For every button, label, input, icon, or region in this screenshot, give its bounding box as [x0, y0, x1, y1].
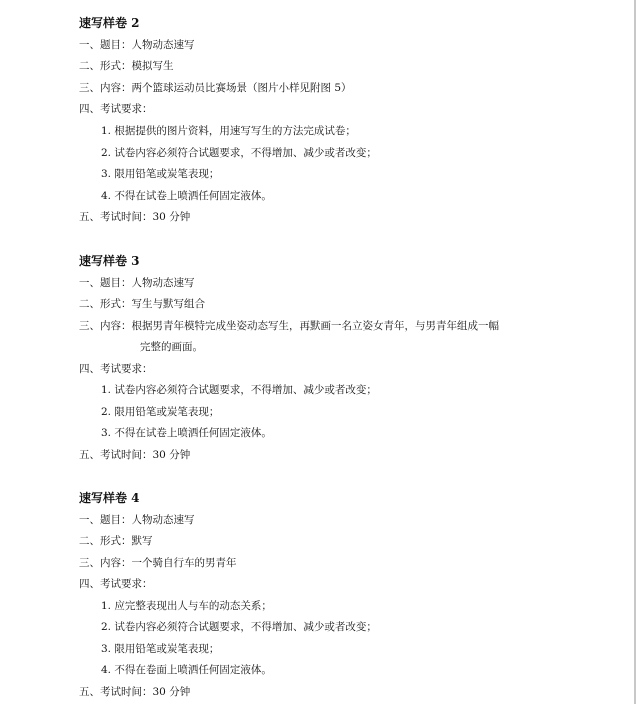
section-title: 速写样卷 4 [79, 491, 140, 505]
content-line: 三、内容：两个篮球运动员比赛场景（图片小样见附图 5） [79, 81, 352, 95]
topic-line: 一、题目：人物动态速写 [79, 38, 195, 52]
content-line: 三、内容：一个骑自行车的男青年 [79, 556, 237, 570]
requirement-item: 2. 试卷内容必须符合试题要求，不得增加、减少或者改变； [101, 146, 377, 160]
form-line: 二、形式：默写 [79, 534, 153, 548]
requirements-label: 四、考试要求： [79, 577, 153, 591]
topic-line: 一、题目：人物动态速写 [79, 276, 195, 290]
topic-line: 一、题目：人物动态速写 [79, 513, 195, 527]
section-title: 速写样卷 2 [79, 16, 140, 30]
requirement-item: 1. 试卷内容必须符合试题要求，不得增加、减少或者改变； [101, 383, 377, 397]
requirement-item: 2. 限用铅笔或炭笔表现； [101, 405, 219, 419]
form-line: 二、形式：模拟写生 [79, 59, 174, 73]
requirement-item: 4. 不得在卷面上喷洒任何固定液体。 [101, 663, 272, 677]
requirement-item: 3. 限用铅笔或炭笔表现； [101, 167, 219, 181]
content-line: 三、内容：根据男青年模特完成坐姿动态写生，再默画一名立姿女青年，与男青年组成一幅 [79, 319, 499, 333]
form-line: 二、形式：写生与默写组合 [79, 297, 205, 311]
requirement-item: 3. 限用铅笔或炭笔表现； [101, 642, 219, 656]
requirement-item: 1. 应完整表现出人与车的动态关系； [101, 599, 272, 613]
time-line: 五、考试时间：30 分钟 [79, 210, 190, 224]
requirements-label: 四、考试要求： [79, 102, 153, 116]
time-line: 五、考试时间：30 分钟 [79, 448, 190, 462]
content-continuation: 完整的画面。 [140, 340, 203, 354]
requirement-item: 4. 不得在试卷上喷洒任何固定液体。 [101, 189, 272, 203]
requirement-item: 2. 试卷内容必须符合试题要求，不得增加、减少或者改变； [101, 620, 377, 634]
time-line: 五、考试时间：30 分钟 [79, 685, 190, 699]
requirement-item: 1. 根据提供的图片资料，用速写写生的方法完成试卷； [101, 124, 356, 138]
requirement-item: 3. 不得在试卷上喷洒任何固定液体。 [101, 426, 272, 440]
requirements-label: 四、考试要求： [79, 362, 153, 376]
section-title: 速写样卷 3 [79, 254, 140, 268]
